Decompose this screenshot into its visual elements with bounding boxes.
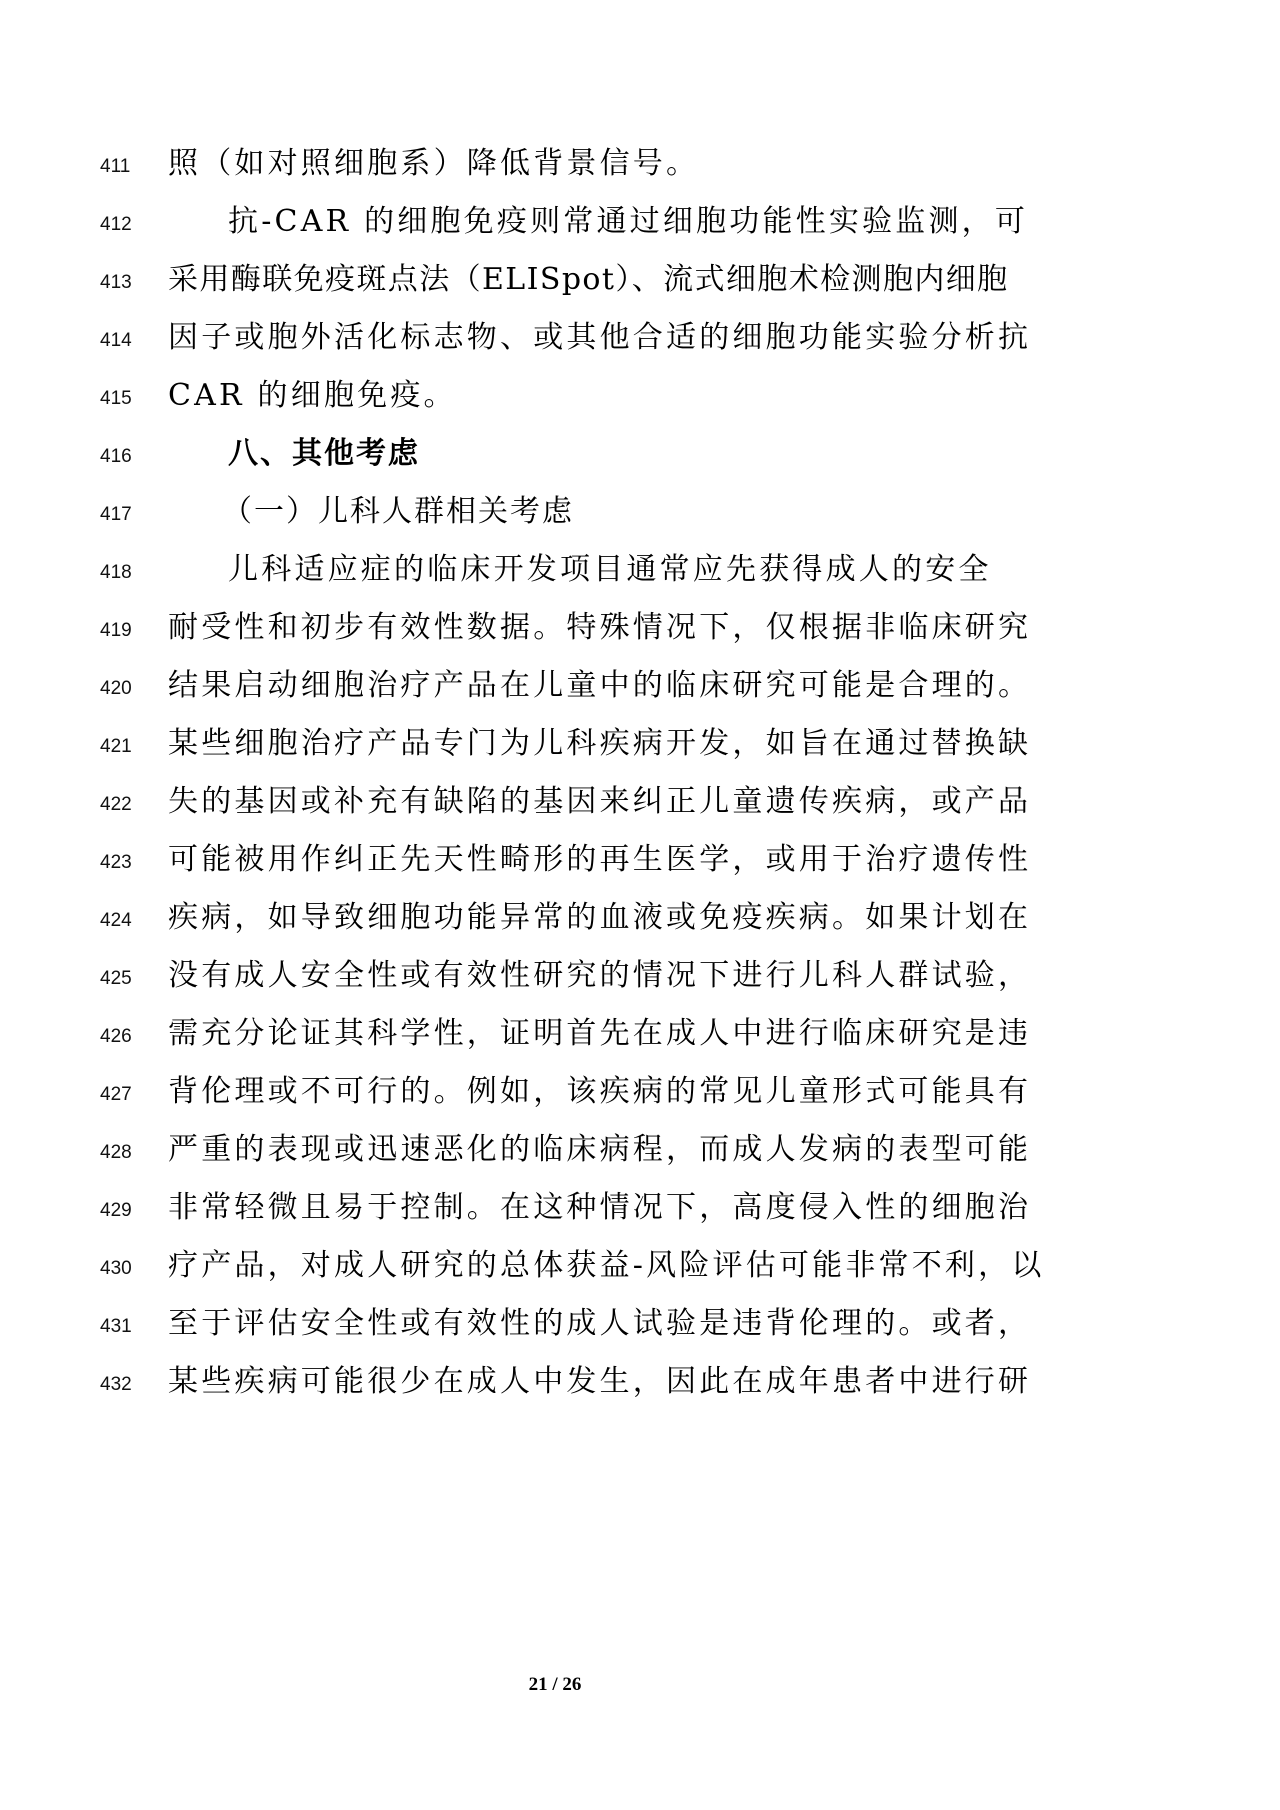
body-text: 耐受性和初步有效性数据。特殊情况下，仅根据非临床研究 <box>168 608 1088 648</box>
paragraph-start-text: 儿科适应症的临床开发项目通常应先获得成人的安全 <box>228 550 1088 590</box>
body-text: 某些疾病可能很少在成人中发生，因此在成年患者中进行研 <box>168 1362 1088 1402</box>
line-number: 426 <box>100 1022 140 1052</box>
body-text: 照（如对照细胞系）降低背景信号。 <box>168 144 1088 184</box>
body-text: 采用酶联免疫斑点法（ELISpot）、流式细胞术检测胞内细胞 <box>168 260 1088 300</box>
line-number: 427 <box>100 1080 140 1110</box>
body-text: 某些细胞治疗产品专门为儿科疾病开发，如旨在通过替换缺 <box>168 724 1088 764</box>
line-number: 418 <box>100 558 140 588</box>
paragraph-start-text: 抗-CAR 的细胞免疫则常通过细胞功能性实验监测，可 <box>228 202 1088 242</box>
section-heading: 八、其他考虑 <box>228 434 1148 474</box>
body-text: CAR 的细胞免疫。 <box>168 376 1088 416</box>
body-text: 没有成人安全性或有效性研究的情况下进行儿科人群试验， <box>168 956 1088 996</box>
body-text: 结果启动细胞治疗产品在儿童中的临床研究可能是合理的。 <box>168 666 1088 706</box>
line-number: 420 <box>100 674 140 704</box>
line-number: 428 <box>100 1138 140 1168</box>
line-number: 411 <box>100 152 140 182</box>
line-number: 415 <box>100 384 140 414</box>
body-text: 背伦理或不可行的。例如，该疾病的常见儿童形式可能具有 <box>168 1072 1088 1112</box>
document-line: 432 某些疾病可能很少在成人中发生，因此在成年患者中进行研 <box>0 1370 1100 1428</box>
subsection-heading: （一）儿科人群相关考虑 <box>222 492 1142 532</box>
line-number: 412 <box>100 210 140 240</box>
line-number: 416 <box>100 442 140 472</box>
document-page: 411 照（如对照细胞系）降低背景信号。 412 抗-CAR 的细胞免疫则常通过… <box>0 0 1280 1810</box>
line-number: 430 <box>100 1254 140 1284</box>
line-number: 414 <box>100 326 140 356</box>
line-number: 431 <box>100 1312 140 1342</box>
line-number: 419 <box>100 616 140 646</box>
line-number: 432 <box>100 1370 140 1400</box>
body-text: 可能被用作纠正先天性畸形的再生医学，或用于治疗遗传性 <box>168 840 1088 880</box>
body-text: 严重的表现或迅速恶化的临床病程，而成人发病的表型可能 <box>168 1130 1088 1170</box>
line-number: 425 <box>100 964 140 994</box>
line-number: 424 <box>100 906 140 936</box>
page-number: 21 / 26 <box>0 1673 1110 1697</box>
line-number: 422 <box>100 790 140 820</box>
body-text: 疾病，如导致细胞功能异常的血液或免疫疾病。如果计划在 <box>168 898 1088 938</box>
body-text: 非常轻微且易于控制。在这种情况下，高度侵入性的细胞治 <box>168 1188 1088 1228</box>
line-number: 413 <box>100 268 140 298</box>
line-number: 423 <box>100 848 140 878</box>
body-text: 疗产品，对成人研究的总体获益-风险评估可能非常不利，以 <box>168 1246 1088 1286</box>
body-text: 至于评估安全性或有效性的成人试验是违背伦理的。或者， <box>168 1304 1088 1344</box>
line-number: 417 <box>100 500 140 530</box>
body-text: 需充分论证其科学性，证明首先在成人中进行临床研究是违 <box>168 1014 1088 1054</box>
line-number: 421 <box>100 732 140 762</box>
line-number: 429 <box>100 1196 140 1226</box>
body-text: 失的基因或补充有缺陷的基因来纠正儿童遗传疾病，或产品 <box>168 782 1088 822</box>
body-text: 因子或胞外活化标志物、或其他合适的细胞功能实验分析抗 <box>168 318 1088 358</box>
